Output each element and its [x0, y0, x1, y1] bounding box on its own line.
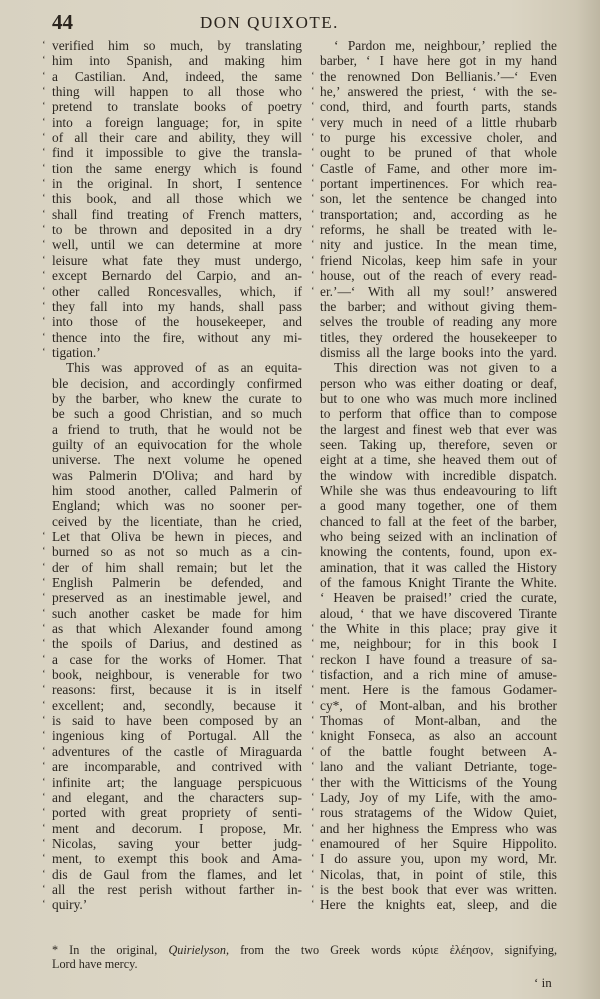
text-line: is the best book that ever was written.	[320, 882, 557, 897]
text-line: the window with incredible dispatch.	[320, 468, 557, 483]
text-line: preserved as an inestimable jewel, and	[52, 590, 302, 605]
text-line: Castle of Fame, and other more im-	[320, 161, 557, 176]
footnote: * In the original, Quirielyson, from the…	[52, 943, 557, 971]
text-line: well, until we can determine at more	[52, 237, 302, 252]
text-line: by the barber, who knew the curate to	[52, 391, 302, 406]
text-line: dis de Gaul from the flames, and let	[52, 867, 302, 882]
text-line: Let that Oliva be hewn in pieces, and	[52, 529, 302, 544]
text-line: er.’—‘ With all my soul!’ answered	[320, 284, 557, 299]
text-line: who being seized with an inclination of	[320, 529, 557, 544]
text-line: him into Spanish, and making him	[52, 53, 302, 68]
text-line: was Palmerin D'Oliva; and hard by	[52, 468, 302, 483]
text-line: are incomparable, and contrived with	[52, 759, 302, 774]
text-line: Lady, Joy of my Life, with the amo-	[320, 790, 557, 805]
text-line: lano and the valiant Detriante, toge-	[320, 759, 557, 774]
running-title: DON QUIXOTE.	[200, 13, 339, 33]
text-line: find it impossible to give the transla-	[52, 145, 302, 160]
text-line: as that which Alexander found among	[52, 621, 302, 636]
page-header: 44 DON QUIXOTE.	[0, 4, 600, 34]
text-line: tion the same energy which is found	[52, 161, 302, 176]
text-line: a case for the works of Homer. That	[52, 652, 302, 667]
text-line: pretend to translate books of poetry	[52, 99, 302, 114]
text-line: shall find treating of French matters,	[52, 207, 302, 222]
text-line: and her highness the Empress who was	[320, 821, 557, 836]
text-line: a friend to truth, that he would not be	[52, 422, 302, 437]
text-line: to perform that office than to compose	[320, 406, 557, 421]
text-line: ceived by the licentiate, than he cried,	[52, 514, 302, 529]
text-line: ther with the Witticisms of the Young	[320, 775, 557, 790]
text-line: Nicolas, saving your better judg-	[52, 836, 302, 851]
text-line: enamoured of her Squire Hippolito.	[320, 836, 557, 851]
text-line: ment. Here is the famous Godamer-	[320, 682, 557, 697]
text-line: I do assure you, upon my word, Mr.	[320, 851, 557, 866]
text-line: of the famous Knight Tirante the White.	[320, 575, 557, 590]
text-line: the White in this place; pray give it	[320, 621, 557, 636]
text-line: ‘ Pardon me, neighbour,’ replied the	[320, 38, 557, 53]
text-line: the largest and finest web that ever was	[320, 422, 557, 437]
left-column: verified him so much, by translatinghim …	[52, 38, 302, 913]
text-line: to purge his excessive choler, and	[320, 130, 557, 145]
text-line: Nicolas, that, in point of stile, this	[320, 867, 557, 882]
text-line: person who was either doating or deaf,	[320, 376, 557, 391]
text-line: thence into the fire, without any mi-	[52, 330, 302, 345]
text-line: seen. Taking up, therefore, seven or	[320, 437, 557, 452]
footnote-line-1: * In the original, Quirielyson, from the…	[52, 943, 557, 957]
text-line: in the original. In short, I sentence	[52, 176, 302, 191]
text-line: knight Fonseca, as also an account	[320, 728, 557, 743]
text-line: amination, that it was called the Histor…	[320, 560, 557, 575]
text-line: son, let the sentence be changed into	[320, 191, 557, 206]
text-line: This was approved of as an equita-	[52, 360, 302, 375]
text-line: other called Roncesvalles, which, if	[52, 284, 302, 299]
text-line: aloud, ‘ that we have discovered Tirante	[320, 606, 557, 621]
text-line: be such a good Christian, and so much	[52, 406, 302, 421]
text-line: the spoils of Darius, and destined as	[52, 636, 302, 651]
text-line: burned so as not so much as a cin-	[52, 544, 302, 559]
text-line: except Bernardo del Carpio, and an-	[52, 268, 302, 283]
text-line: dismiss all the large books into the yar…	[320, 345, 557, 360]
text-line: the renowned Don Bellianis.’—‘ Even	[320, 69, 557, 84]
text-line: into those of the housekeeper, and	[52, 314, 302, 329]
text-line: cond, third, and fourth parts, stands	[320, 99, 557, 114]
text-line: house, out of the reach of every read-	[320, 268, 557, 283]
text-line: rous stratagems of the Widow Quiet,	[320, 805, 557, 820]
text-line: he,’ answered the priest, ‘ with the se-	[320, 84, 557, 99]
text-line: universe. The next volume he opened	[52, 452, 302, 467]
text-line: selves the trouble of reading any more	[320, 314, 557, 329]
text-line: friend Nicolas, keep him safe in your	[320, 253, 557, 268]
text-line: thing will happen to all those who	[52, 84, 302, 99]
text-line: transportation; and, according as he	[320, 207, 557, 222]
text-line: nity and justice. In the mean time,	[320, 237, 557, 252]
text-line: Here the knights eat, sleep, and die	[320, 897, 557, 912]
footnote-line-2: Lord have mercy.	[52, 957, 557, 971]
text-line: ported with great propriety of senti-	[52, 805, 302, 820]
text-line: book, neighbour, is venerable for two	[52, 667, 302, 682]
text-line: This direction was not given to a	[320, 360, 557, 375]
text-line: English Palmerin be defended, and	[52, 575, 302, 590]
text-line: titles, they ordered the housekeeper to	[320, 330, 557, 345]
text-line: excellent; and, secondly, because it	[52, 698, 302, 713]
right-column: ‘ Pardon me, neighbour,’ replied thebarb…	[320, 38, 557, 913]
text-line: barber, ‘ I have here got in my hand	[320, 53, 557, 68]
text-line: portant impertinences. For which rea-	[320, 176, 557, 191]
text-line: all the rest perish without farther in-	[52, 882, 302, 897]
text-line: cy*, of Mont-alban, and his brother	[320, 698, 557, 713]
text-line: a good many together, one of them	[320, 498, 557, 513]
text-line: England; which was no sooner per-	[52, 498, 302, 513]
text-line: leisure what fate they must undergo,	[52, 253, 302, 268]
footnote-italic-term: Quirielyson,	[168, 943, 229, 957]
text-line: Thomas of Mont-alban, and the	[320, 713, 557, 728]
text-line: quiry.’	[52, 897, 302, 912]
text-line: very much in need of a little rhubarb	[320, 115, 557, 130]
text-line: adventures of the castle of Miraguarda	[52, 744, 302, 759]
text-line: into a foreign language; for, in spite	[52, 115, 302, 130]
text-line: chanced to fall at the feet of the barbe…	[320, 514, 557, 529]
text-line: ment, to exempt this book and Ama-	[52, 851, 302, 866]
page-number: 44	[52, 10, 73, 35]
catchword: ‘ in	[534, 975, 552, 991]
text-line: ble decision, and accordingly confirmed	[52, 376, 302, 391]
text-line: this book, and all those which we	[52, 191, 302, 206]
book-page: 44 DON QUIXOTE. verified him so much, by…	[0, 0, 600, 999]
text-line: the barber; and without giving them-	[320, 299, 557, 314]
text-line: him stood another, called Palmerin of	[52, 483, 302, 498]
text-line: of all their care and ability, they will	[52, 130, 302, 145]
text-line: tigation.’	[52, 345, 302, 360]
text-line: they fall into my hands, shall pass	[52, 299, 302, 314]
text-line: reforms, he shall be treated with le-	[320, 222, 557, 237]
text-line: of the battle fought between A-	[320, 744, 557, 759]
text-line: reasons: first, because it is in itself	[52, 682, 302, 697]
text-line: tisfaction, and a rich mine of amuse-	[320, 667, 557, 682]
text-line: me, neighbour; for in this book I	[320, 636, 557, 651]
text-line: eight at a time, she heaved them out of	[320, 452, 557, 467]
text-line: a Castilian. And, indeed, the same	[52, 69, 302, 84]
text-line: ingenious king of Portugal. All the	[52, 728, 302, 743]
text-line: ‘ Heaven be praised!’ cried the curate,	[320, 590, 557, 605]
text-line: knowing the contents, found, upon ex-	[320, 544, 557, 559]
text-line: and elegant, and the characters sup-	[52, 790, 302, 805]
text-line: infinite art; the language perspicuous	[52, 775, 302, 790]
text-line: to be thrown and deposited in a dry	[52, 222, 302, 237]
text-line: but to one who was much more inclined	[320, 391, 557, 406]
text-line: verified him so much, by translating	[52, 38, 302, 53]
text-line: reckon I have found a treasure of sa-	[320, 652, 557, 667]
text-line: guilty of an equivocation for the whole	[52, 437, 302, 452]
text-line: der of him shall remain; but let the	[52, 560, 302, 575]
text-line: While she was thus endeavouring to lift	[320, 483, 557, 498]
text-line: ought to be pruned of that whole	[320, 145, 557, 160]
text-line: such another casket be made for him	[52, 606, 302, 621]
text-line: ment and decorum. I propose, Mr.	[52, 821, 302, 836]
text-line: is said to have been composed by an	[52, 713, 302, 728]
